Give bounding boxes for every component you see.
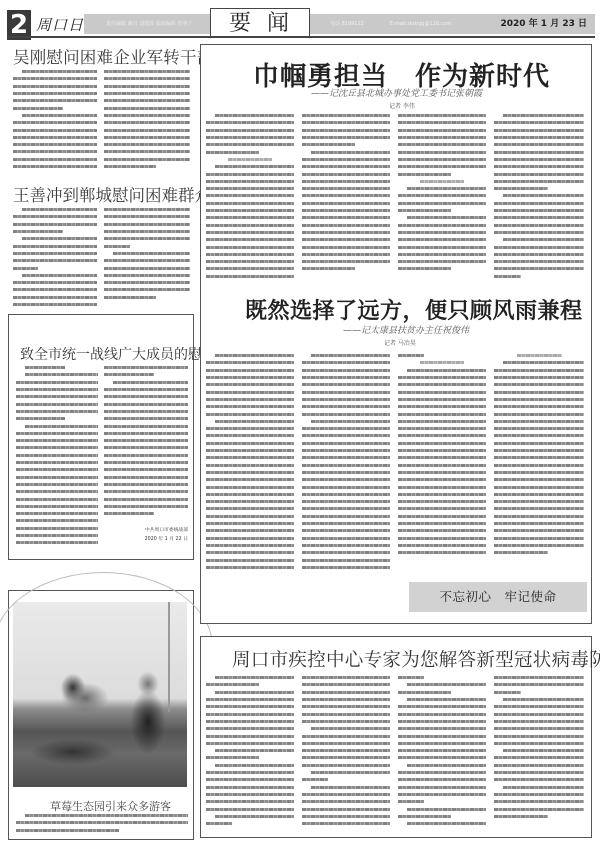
article-wang-col2 — [104, 206, 190, 308]
greenhouse-pole — [168, 602, 170, 712]
letter-col2 — [104, 364, 188, 520]
feature-zhang-col3 — [398, 112, 486, 284]
letter-signature-org: 中共周口市委统战部 — [104, 526, 188, 533]
info-band: 电话 8199122 E-mail:zkrbgg@126.com 2020 年 … — [310, 14, 595, 34]
strawberry-caption — [16, 812, 188, 836]
feature-zhang-col1 — [206, 112, 294, 284]
phone-text: 电话 8199122 — [330, 14, 364, 34]
subheadline-feature-zhang: ——记沈丘县北城办事处党工委书记张朝霞 — [311, 86, 482, 99]
cdc-col1 — [206, 674, 294, 830]
slogan-banner: 不忘初心 牢记使命 — [409, 582, 587, 612]
masthead: 2 周口日报 责任编辑 戴丹 刘建波 版面编辑 范明子 电话 8199122 E… — [0, 0, 600, 48]
headline-feature-zhu: 既然选择了远方，便只顾风雨兼程 — [245, 294, 583, 325]
feature-zhang-col2 — [302, 112, 390, 284]
letter-col1 — [16, 364, 98, 554]
feature-zhu-col2 — [302, 352, 390, 574]
issue-date: 2020 年 1 月 23 日 — [500, 14, 587, 34]
feature-zhang-col4 — [494, 112, 584, 284]
article-wu-gang-col1 — [13, 68, 97, 168]
headline-letter: 致全市统一战线广大成员的慰问信 — [20, 344, 230, 364]
headline-wu-gang: 吴刚慰问困难企业军转干部 — [13, 44, 213, 68]
byline-feature-zhu: 记者 马冶昊 — [384, 338, 416, 347]
masthead-rule — [7, 36, 595, 38]
article-wang-col1 — [13, 206, 97, 308]
letter-signature-date: 2020 年 1 月 22 日 — [104, 535, 188, 542]
feature-zhu-col1 — [206, 352, 294, 574]
editors-text: 责任编辑 戴丹 刘建波 版面编辑 范明子 — [106, 21, 192, 27]
greenhouse-arch — [0, 572, 213, 722]
headline-wang-shanchong: 王善冲到郸城慰问困难群众 — [13, 182, 211, 206]
strawberry-greenhouse-photo — [13, 602, 187, 787]
subheadline-feature-zhu: ——记太康县扶贫办主任祝俊伟 — [343, 323, 469, 336]
email-text: E-mail:zkrbgg@126.com — [390, 14, 451, 34]
article-wu-gang-col2 — [104, 68, 190, 168]
cdc-col4 — [494, 674, 584, 830]
cdc-col3 — [398, 674, 486, 830]
byline-feature-zhang: 记者 李伟 — [389, 101, 415, 110]
section-title: 要闻 — [210, 8, 310, 38]
editors-band: 责任编辑 戴丹 刘建波 版面编辑 范明子 — [84, 14, 210, 34]
cdc-col2 — [302, 674, 390, 830]
feature-zhu-col3 — [398, 352, 486, 574]
headline-cdc-qa: 周口市疾控中心专家为您解答新型冠状病毒防控知识 — [232, 646, 600, 672]
feature-zhu-col4 — [494, 352, 584, 574]
